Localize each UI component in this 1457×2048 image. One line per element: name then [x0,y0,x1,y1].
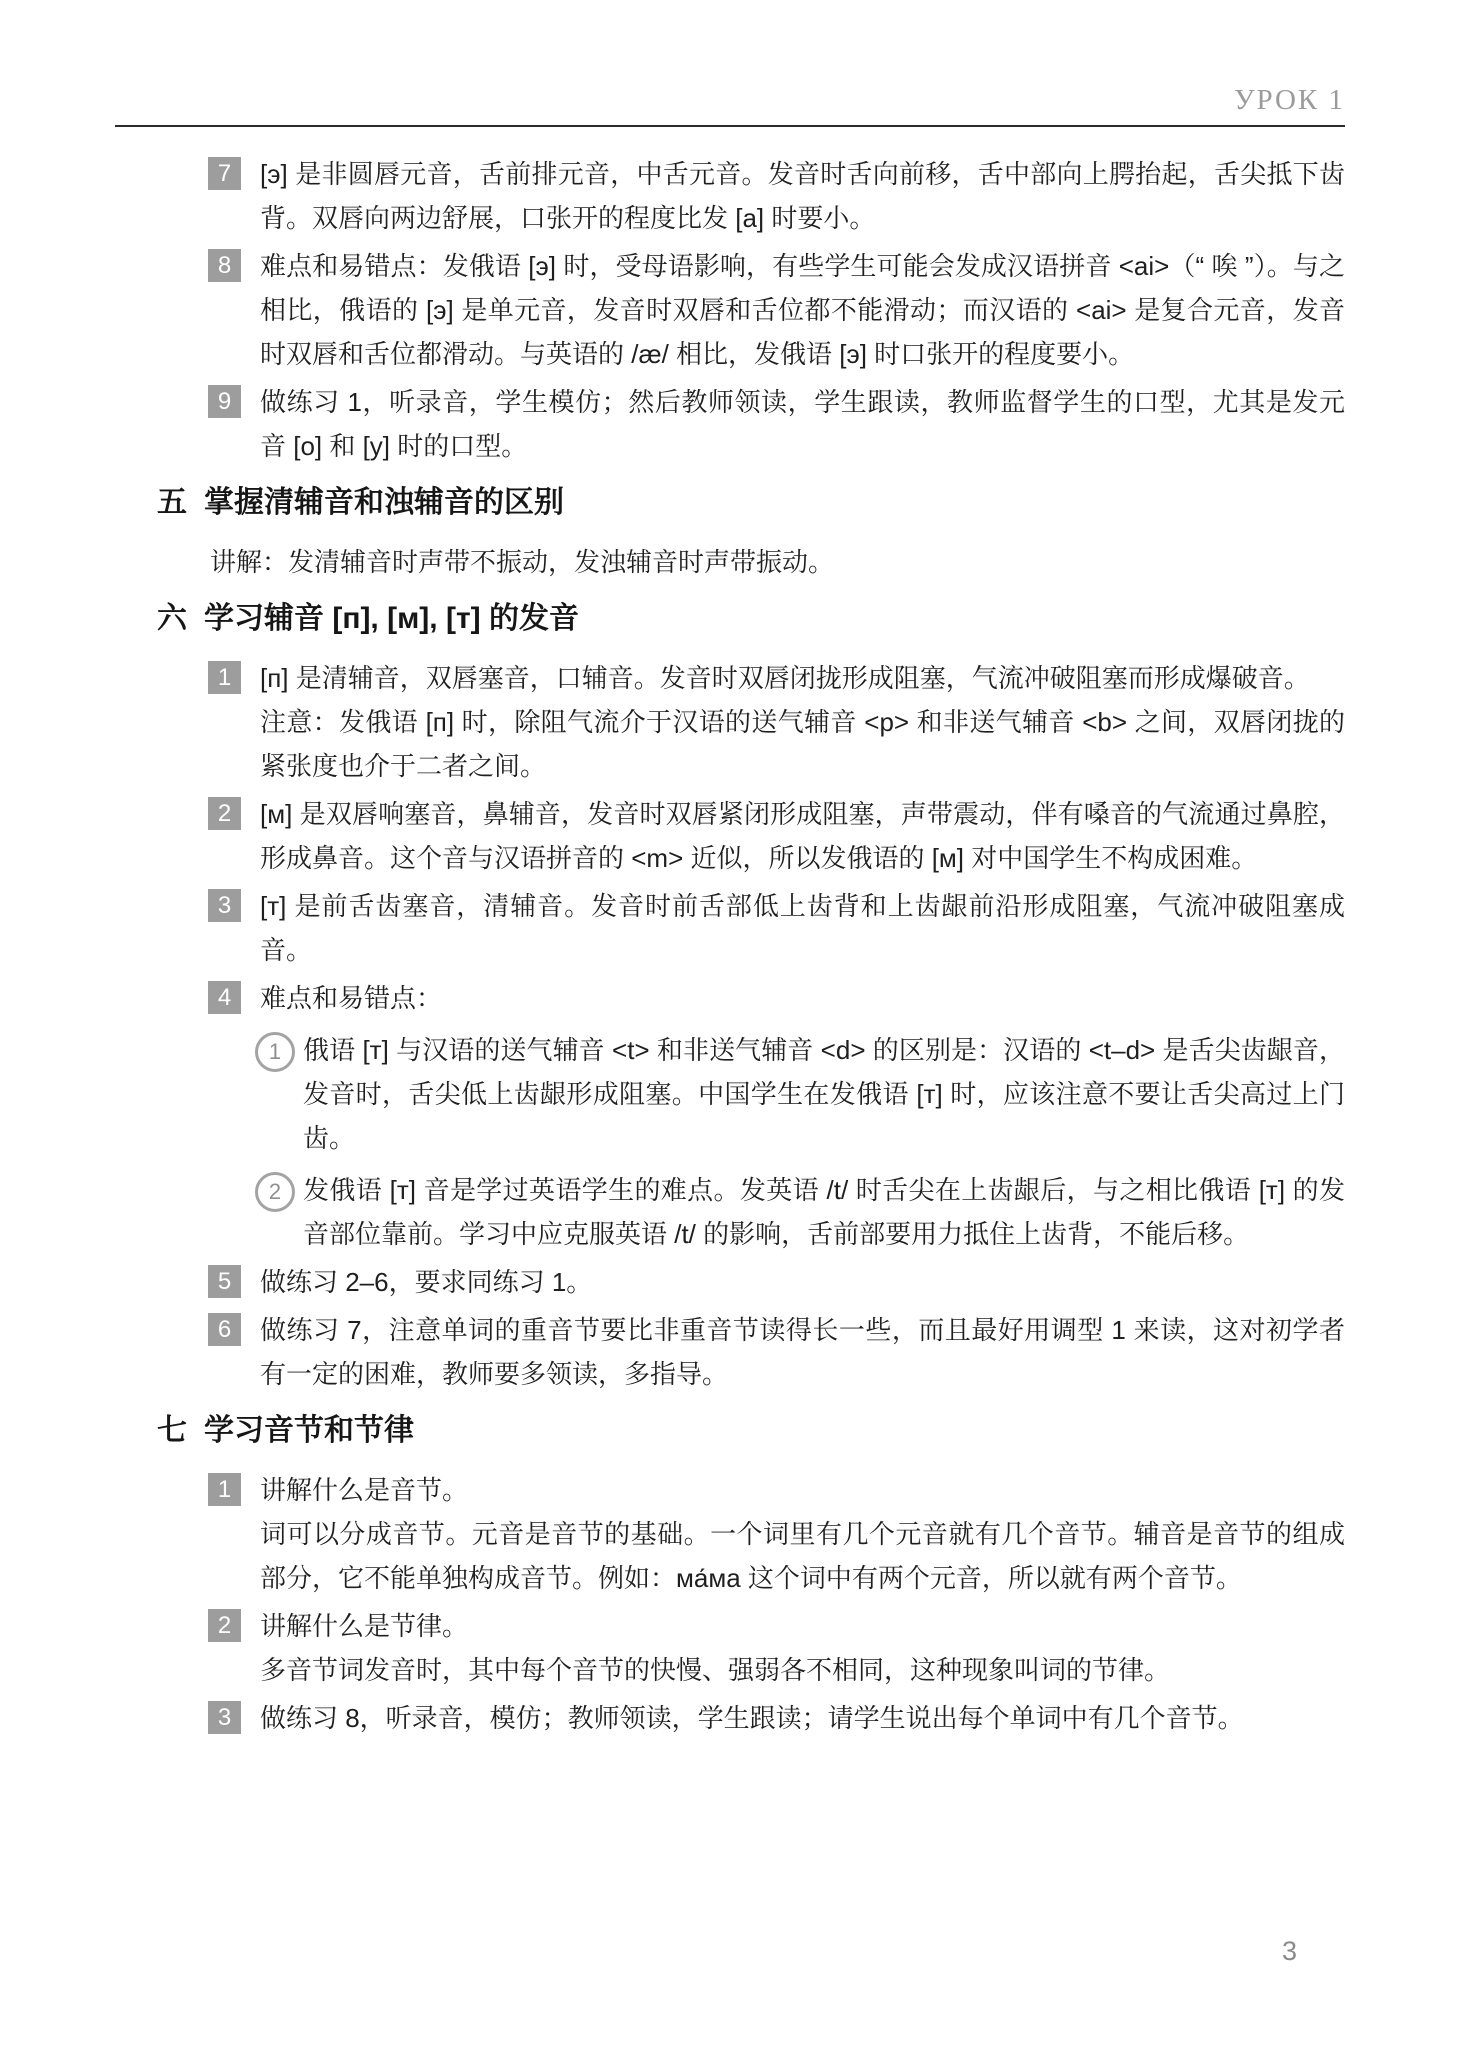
numbered-item: 2[м] 是双唇响塞音，鼻辅音，发音时双唇紧闭形成阻塞，声带震动，伴有嗓音的气流… [208,792,1345,880]
item-text: 做练习 8，听录音，模仿；教师领读，学生跟读；请学生说出每个单词中有几个音节。 [260,1696,1345,1740]
numbered-item: 5做练习 2–6，要求同练习 1。 [208,1260,1345,1304]
item-text: 讲解什么是音节。词可以分成音节。元音是音节的基础。一个词里有几个元音就有几个音节… [260,1468,1345,1600]
section-title: 学习音节和节律 [204,1410,414,1452]
item-number-badge: 5 [208,1265,241,1298]
item-paragraph: 做练习 1，听录音，学生模仿；然后教师领读，学生跟读，教师监督学生的口型，尤其是… [260,380,1345,468]
section-heading: 七学习音节和节律 [157,1410,1345,1452]
item-paragraph: 做练习 7，注意单词的重音节要比非重音节读得长一些，而且最好用调型 1 来读，这… [260,1308,1345,1396]
item-number-badge: 3 [208,1701,241,1734]
circled-sub-item: 2发俄语 [т] 音是学过英语学生的难点。发英语 /t/ 时舌尖在上齿龈后，与之… [255,1168,1345,1256]
item-text: 做练习 7，注意单词的重音节要比非重音节读得长一些，而且最好用调型 1 来读，这… [260,1308,1345,1396]
numbered-item: 7[э] 是非圆唇元音，舌前排元音，中舌元音。发音时舌向前移，舌中部向上腭抬起，… [208,152,1345,240]
item-text: [т] 是前舌齿塞音，清辅音。发音时前舌部低上齿背和上齿龈前沿形成阻塞，气流冲破… [260,884,1345,972]
item-number-badge: 8 [208,249,241,282]
plain-paragraph: 讲解：发清辅音时声带不振动，发浊辅音时声带振动。 [210,540,1345,584]
item-text: 做练习 1，听录音，学生模仿；然后教师领读，学生跟读，教师监督学生的口型，尤其是… [260,380,1345,468]
item-paragraph: 讲解什么是节律。 [260,1604,1345,1648]
circled-sub-item: 1俄语 [т] 与汉语的送气辅音 <t> 和非送气辅音 <d> 的区别是：汉语的… [255,1028,1345,1160]
item-number-badge: 1 [208,1473,241,1506]
item-paragraph: 词可以分成音节。元音是音节的基础。一个词里有几个元音就有几个音节。辅音是音节的组… [260,1512,1345,1600]
item-text: 发俄语 [т] 音是学过英语学生的难点。发英语 /t/ 时舌尖在上齿龈后，与之相… [303,1168,1345,1256]
item-number-badge: 4 [208,981,241,1014]
item-number-badge: 1 [208,661,241,694]
content: 7[э] 是非圆唇元音，舌前排元音，中舌元音。发音时舌向前移，舌中部向上腭抬起，… [157,148,1345,1740]
item-paragraph: 注意：发俄语 [п] 时，除阻气流介于汉语的送气辅音 <p> 和非送气辅音 <b… [260,700,1345,788]
item-paragraph: [т] 是前舌齿塞音，清辅音。发音时前舌部低上齿背和上齿龈前沿形成阻塞，气流冲破… [260,884,1345,972]
item-paragraph: 发俄语 [т] 音是学过英语学生的难点。发英语 /t/ 时舌尖在上齿龈后，与之相… [303,1168,1345,1256]
item-paragraph: 难点和易错点：发俄语 [э] 时，受母语影响，有些学生可能会发成汉语拼音 <ai… [260,244,1345,376]
section-title: 掌握清辅音和浊辅音的区别 [204,482,564,524]
item-text: 难点和易错点：发俄语 [э] 时，受母语影响，有些学生可能会发成汉语拼音 <ai… [260,244,1345,376]
section-number: 七 [157,1410,187,1452]
numbered-item: 3做练习 8，听录音，模仿；教师领读，学生跟读；请学生说出每个单词中有几个音节。 [208,1696,1345,1740]
item-paragraph: 多音节词发音时，其中每个音节的快慢、强弱各不相同，这种现象叫词的节律。 [260,1648,1345,1692]
item-number-badge: 2 [208,797,241,830]
numbered-item: 3[т] 是前舌齿塞音，清辅音。发音时前舌部低上齿背和上齿龈前沿形成阻塞，气流冲… [208,884,1345,972]
section-heading: 五掌握清辅音和浊辅音的区别 [157,482,1345,524]
circled-number-badge: 2 [255,1172,295,1212]
circled-number-badge: 1 [255,1032,295,1072]
item-paragraph: 俄语 [т] 与汉语的送气辅音 <t> 和非送气辅音 <d> 的区别是：汉语的 … [303,1028,1345,1160]
item-text: [м] 是双唇响塞音，鼻辅音，发音时双唇紧闭形成阻塞，声带震动，伴有嗓音的气流通… [260,792,1345,880]
item-text: [э] 是非圆唇元音，舌前排元音，中舌元音。发音时舌向前移，舌中部向上腭抬起，舌… [260,152,1345,240]
item-paragraph: 讲解什么是音节。 [260,1468,1345,1512]
item-number-badge: 9 [208,385,241,418]
item-number-badge: 2 [208,1609,241,1642]
item-text: 做练习 2–6，要求同练习 1。 [260,1260,1345,1304]
page-number: 3 [1282,1936,1297,1967]
item-paragraph: [м] 是双唇响塞音，鼻辅音，发音时双唇紧闭形成阻塞，声带震动，伴有嗓音的气流通… [260,792,1345,880]
section-heading: 六学习辅音 [п], [м], [т] 的发音 [157,598,1345,640]
numbered-item: 8难点和易错点：发俄语 [э] 时，受母语影响，有些学生可能会发成汉语拼音 <a… [208,244,1345,376]
item-number-badge: 6 [208,1313,241,1346]
item-text: 难点和易错点： [260,976,1345,1020]
running-head-lesson-label: УРОК 1 [115,84,1345,117]
section-number: 五 [157,482,187,524]
item-paragraph: 做练习 8，听录音，模仿；教师领读，学生跟读；请学生说出每个单词中有几个音节。 [260,1696,1345,1740]
section-title: 学习辅音 [п], [м], [т] 的发音 [204,598,579,640]
section-number: 六 [157,598,187,640]
numbered-item: 6做练习 7，注意单词的重音节要比非重音节读得长一些，而且最好用调型 1 来读，… [208,1308,1345,1396]
item-paragraph: 做练习 2–6，要求同练习 1。 [260,1260,1345,1304]
item-paragraph: [п] 是清辅音，双唇塞音，口辅音。发音时双唇闭拢形成阻塞，气流冲破阻塞而形成爆… [260,656,1345,700]
item-paragraph: [э] 是非圆唇元音，舌前排元音，中舌元音。发音时舌向前移，舌中部向上腭抬起，舌… [260,152,1345,240]
numbered-item: 4难点和易错点： [208,976,1345,1020]
item-number-badge: 3 [208,889,241,922]
textbook-page: УРОК 1 7[э] 是非圆唇元音，舌前排元音，中舌元音。发音时舌向前移，舌中… [0,0,1457,2048]
numbered-item: 2讲解什么是节律。多音节词发音时，其中每个音节的快慢、强弱各不相同，这种现象叫词… [208,1604,1345,1692]
header-rule [115,125,1345,127]
item-text: [п] 是清辅音，双唇塞音，口辅音。发音时双唇闭拢形成阻塞，气流冲破阻塞而形成爆… [260,656,1345,788]
item-number-badge: 7 [208,157,241,190]
item-text: 讲解什么是节律。多音节词发音时，其中每个音节的快慢、强弱各不相同，这种现象叫词的… [260,1604,1345,1692]
item-paragraph: 难点和易错点： [260,976,1345,1020]
numbered-item: 1[п] 是清辅音，双唇塞音，口辅音。发音时双唇闭拢形成阻塞，气流冲破阻塞而形成… [208,656,1345,788]
item-text: 俄语 [т] 与汉语的送气辅音 <t> 和非送气辅音 <d> 的区别是：汉语的 … [303,1028,1345,1160]
numbered-item: 9做练习 1，听录音，学生模仿；然后教师领读，学生跟读，教师监督学生的口型，尤其… [208,380,1345,468]
plain-paragraph-block: 讲解：发清辅音时声带不振动，发浊辅音时声带振动。 [210,540,1345,584]
numbered-item: 1讲解什么是音节。词可以分成音节。元音是音节的基础。一个词里有几个元音就有几个音… [208,1468,1345,1600]
